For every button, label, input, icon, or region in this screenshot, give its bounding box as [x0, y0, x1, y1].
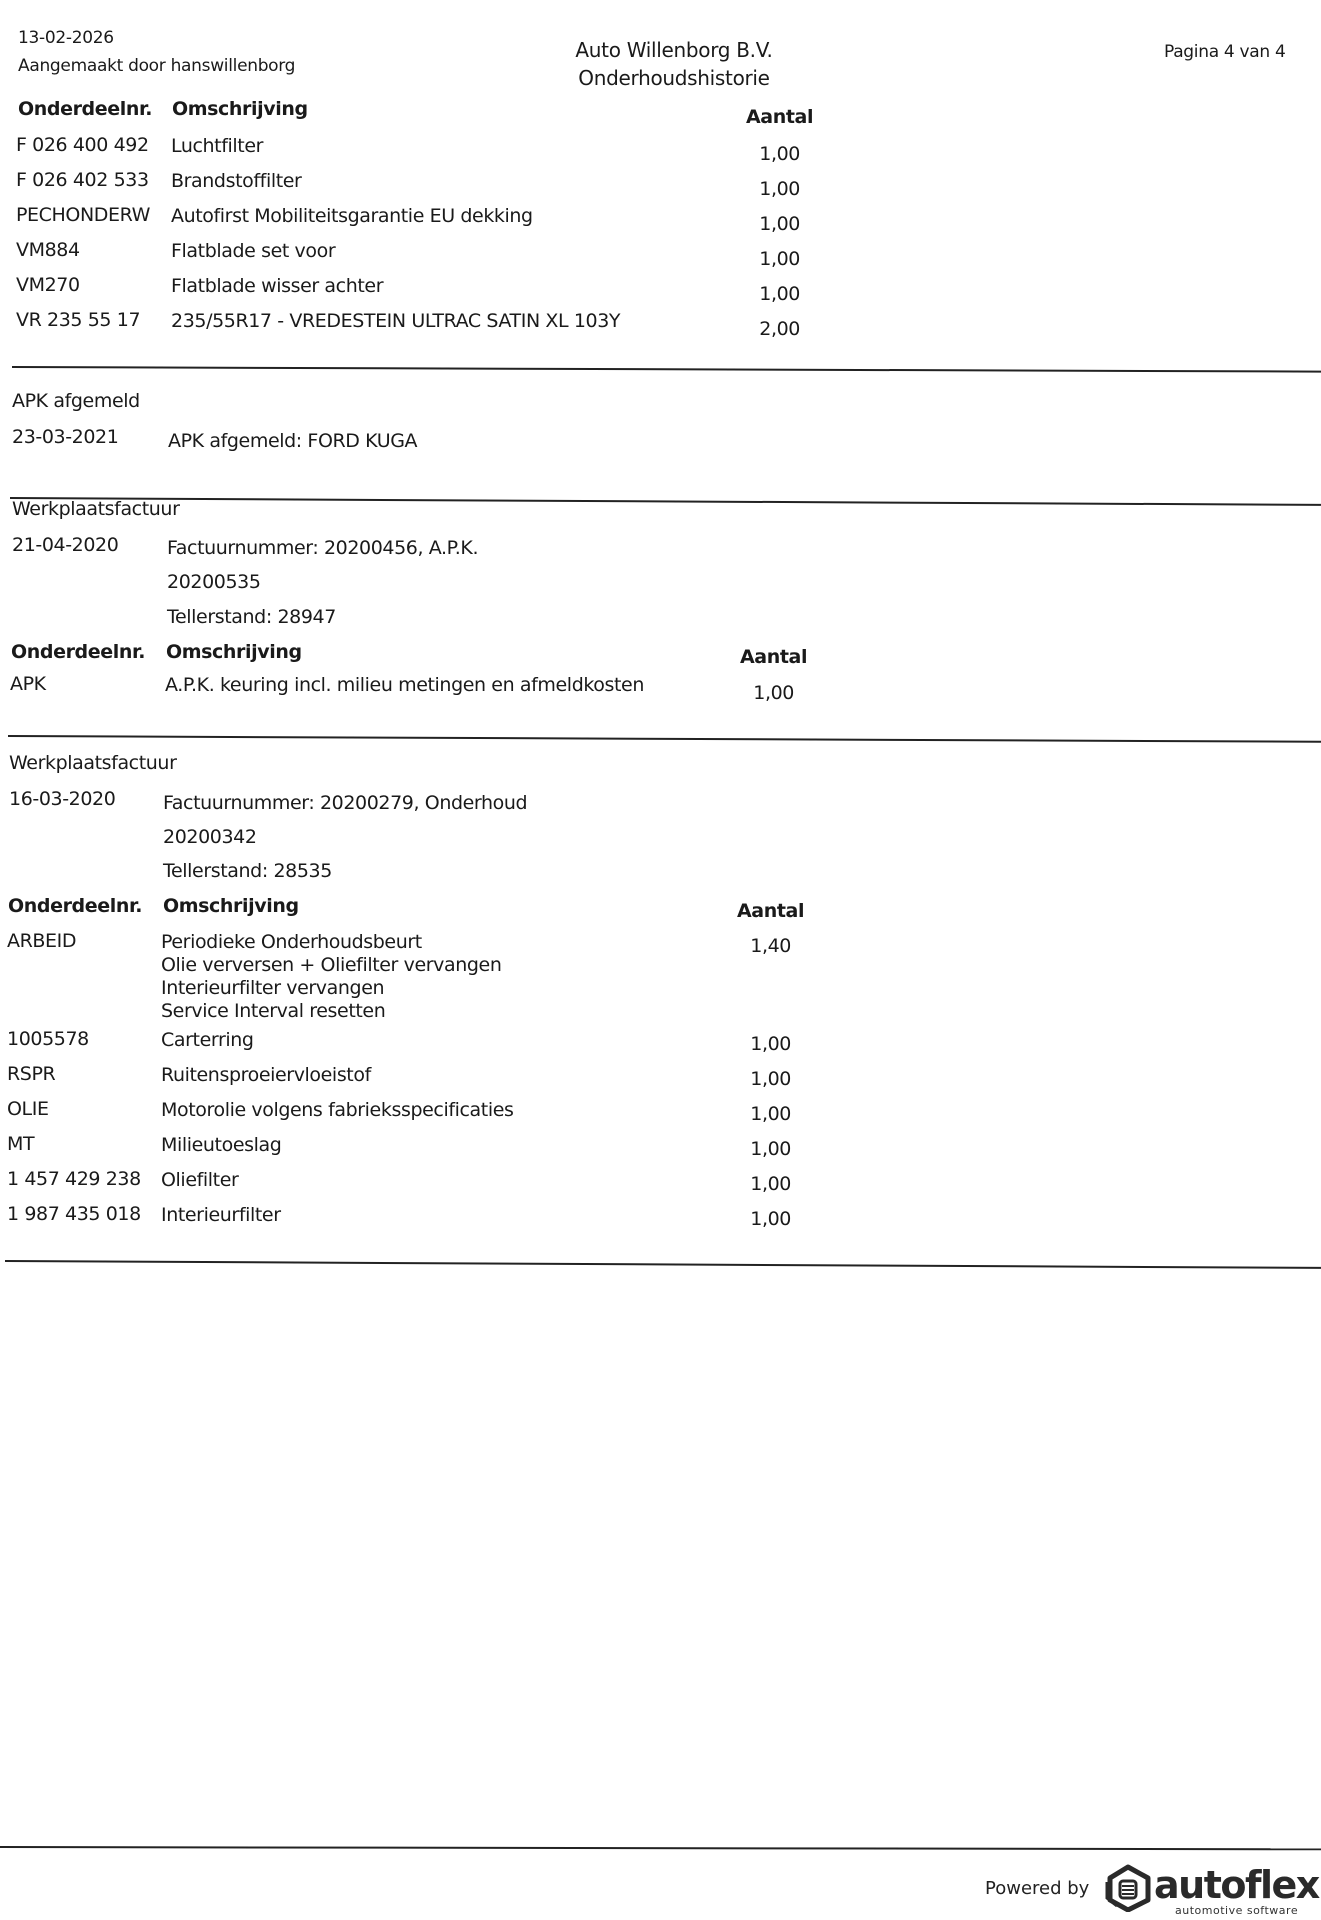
section-divider — [10, 497, 1321, 506]
invoice-date: 16-03-2020 — [9, 788, 115, 810]
quantity: 1,00 — [714, 682, 794, 704]
column-header-quantity: Aantal — [737, 900, 804, 922]
invoice-number: Factuurnummer: 20200279, Onderhoud — [163, 792, 527, 814]
order-number: 20200535 — [167, 571, 261, 593]
part-number: RSPR — [7, 1063, 55, 1085]
entry-date: 23-03-2021 — [12, 426, 118, 448]
part-description: 235/55R17 - VREDESTEIN ULTRAC SATIN XL 1… — [171, 310, 620, 332]
section-divider — [12, 366, 1321, 373]
part-description: Luchtfilter — [171, 135, 263, 157]
quantity: 1,00 — [720, 143, 800, 165]
part-description: Autofirst Mobiliteitsgarantie EU dekking — [171, 205, 533, 227]
part-description: Interieurfilter — [161, 1204, 281, 1226]
part-description: Milieutoeslag — [161, 1134, 281, 1156]
invoice-number: Factuurnummer: 20200456, A.P.K. — [167, 537, 478, 559]
part-description: Periodieke Onderhoudsbeurt Olie ververse… — [161, 931, 501, 1023]
part-number: VM884 — [16, 239, 80, 261]
quantity: 1,00 — [711, 1068, 791, 1090]
part-number: MT — [7, 1133, 34, 1155]
entry-text: APK afgemeld: FORD KUGA — [168, 430, 417, 452]
quantity: 2,00 — [720, 318, 800, 340]
section-type: APK afgemeld — [12, 390, 140, 412]
part-number: 1 457 429 238 — [7, 1168, 141, 1190]
report-date: 13-02-2026 — [18, 28, 114, 48]
part-number: 1005578 — [7, 1028, 89, 1050]
part-number: PECHONDERW — [16, 204, 150, 226]
quantity: 1,00 — [720, 213, 800, 235]
column-header-part-no: Onderdeelnr. — [18, 98, 152, 120]
part-description: Flatblade wisser achter — [171, 275, 383, 297]
part-description: A.P.K. keuring incl. milieu metingen en … — [165, 674, 644, 696]
column-header-description: Omschrijving — [172, 98, 308, 120]
column-header-description: Omschrijving — [166, 641, 302, 663]
part-description: Flatblade set voor — [171, 240, 335, 262]
part-number: F 026 400 492 — [16, 134, 149, 156]
invoice-date: 21-04-2020 — [12, 534, 118, 556]
part-description: Carterring — [161, 1029, 254, 1051]
autoflex-logo-wordmark: autoflex — [1154, 1866, 1319, 1904]
part-number: VR 235 55 17 — [16, 309, 140, 331]
quantity: 1,00 — [720, 248, 800, 270]
quantity: 1,00 — [711, 1138, 791, 1160]
part-number: ARBEID — [7, 930, 76, 952]
section-divider — [8, 735, 1321, 743]
section-type: Werkplaatsfactuur — [12, 498, 179, 520]
column-header-quantity: Aantal — [746, 106, 813, 128]
part-number: OLIE — [7, 1098, 49, 1120]
odometer-reading: Tellerstand: 28535 — [163, 860, 332, 882]
page-indicator: Pagina 4 van 4 — [1164, 42, 1286, 62]
created-by: Aangemaakt door hanswillenborg — [18, 56, 295, 76]
part-description: Motorolie volgens fabrieksspecificaties — [161, 1099, 514, 1121]
garage-door-hexagon-icon — [1103, 1864, 1153, 1912]
part-description: Ruitensproeiervloeistof — [161, 1064, 371, 1086]
part-description: Brandstoffilter — [171, 170, 301, 192]
part-number: 1 987 435 018 — [7, 1203, 141, 1225]
quantity: 1,00 — [720, 178, 800, 200]
part-number: F 026 402 533 — [16, 169, 149, 191]
quantity: 1,00 — [711, 1208, 791, 1230]
column-header-description: Omschrijving — [163, 895, 299, 917]
quantity: 1,00 — [720, 283, 800, 305]
quantity: 1,00 — [711, 1103, 791, 1125]
part-number: VM270 — [16, 274, 80, 296]
quantity: 1,40 — [711, 935, 791, 957]
company-name: Auto Willenborg B.V. — [544, 38, 804, 62]
footer-divider — [0, 1846, 1321, 1850]
column-header-part-no: Onderdeelnr. — [8, 895, 142, 917]
part-number: APK — [10, 673, 46, 695]
section-divider — [5, 1260, 1321, 1269]
odometer-reading: Tellerstand: 28947 — [167, 606, 336, 628]
order-number: 20200342 — [163, 826, 257, 848]
powered-by-label: Powered by — [985, 1878, 1089, 1899]
autoflex-logo-tagline: automotive software — [1175, 1904, 1298, 1917]
section-type: Werkplaatsfactuur — [9, 752, 176, 774]
column-header-quantity: Aantal — [740, 646, 807, 668]
report-title: Onderhoudshistorie — [544, 66, 804, 90]
part-description: Oliefilter — [161, 1169, 238, 1191]
column-header-part-no: Onderdeelnr. — [11, 641, 145, 663]
quantity: 1,00 — [711, 1033, 791, 1055]
quantity: 1,00 — [711, 1173, 791, 1195]
